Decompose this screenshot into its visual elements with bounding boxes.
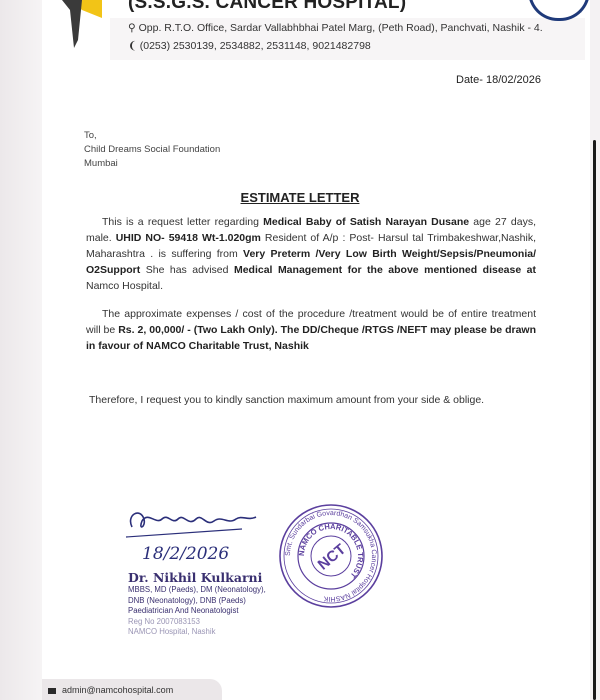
svg-text:18/2/2026: 18/2/2026: [142, 544, 229, 564]
body-paragraph-1: This is a request letter regarding Medic…: [86, 214, 536, 294]
mail-icon: [48, 688, 56, 694]
body-paragraph-2: The approximate expenses / cost of the p…: [86, 306, 536, 354]
doctor-signature: 18/2/2026: [122, 505, 262, 565]
recipient-name: Child Dreams Social Foundation: [84, 143, 220, 157]
phone-icon: ❨: [128, 40, 137, 52]
hospital-phone: ❨ (0253) 2530139, 2534882, 2531148, 9021…: [128, 40, 371, 52]
map-pin-icon: ⚲: [128, 22, 136, 34]
hospital-address: ⚲ Opp. R.T.O. Office, Sardar Vallabhbhai…: [128, 22, 543, 34]
footer-email: admin@namcohospital.com: [48, 685, 173, 695]
recipient-city: Mumbai: [84, 157, 220, 171]
scan-margin: [0, 0, 42, 700]
scan-edge: [593, 140, 596, 700]
body-paragraph-3: Therefore, I request you to kindly sanct…: [89, 392, 539, 408]
recipient-block: To, Child Dreams Social Foundation Mumba…: [84, 129, 220, 171]
letter-date: Date- 18/02/2026: [456, 74, 541, 86]
doctor-name: Dr. Nikhil Kulkarni: [128, 570, 262, 585]
hospital-name: (S.S.G.S. CANCER HOSPITAL): [128, 0, 406, 14]
hospital-logo-icon: [62, 0, 102, 48]
letter-title: ESTIMATE LETTER: [0, 190, 600, 205]
trust-stamp: Smt. Sundarbai Govardhan Samsukha Cancer…: [277, 502, 385, 610]
svg-text:NCT: NCT: [315, 541, 350, 574]
recipient-to: To,: [84, 129, 220, 143]
